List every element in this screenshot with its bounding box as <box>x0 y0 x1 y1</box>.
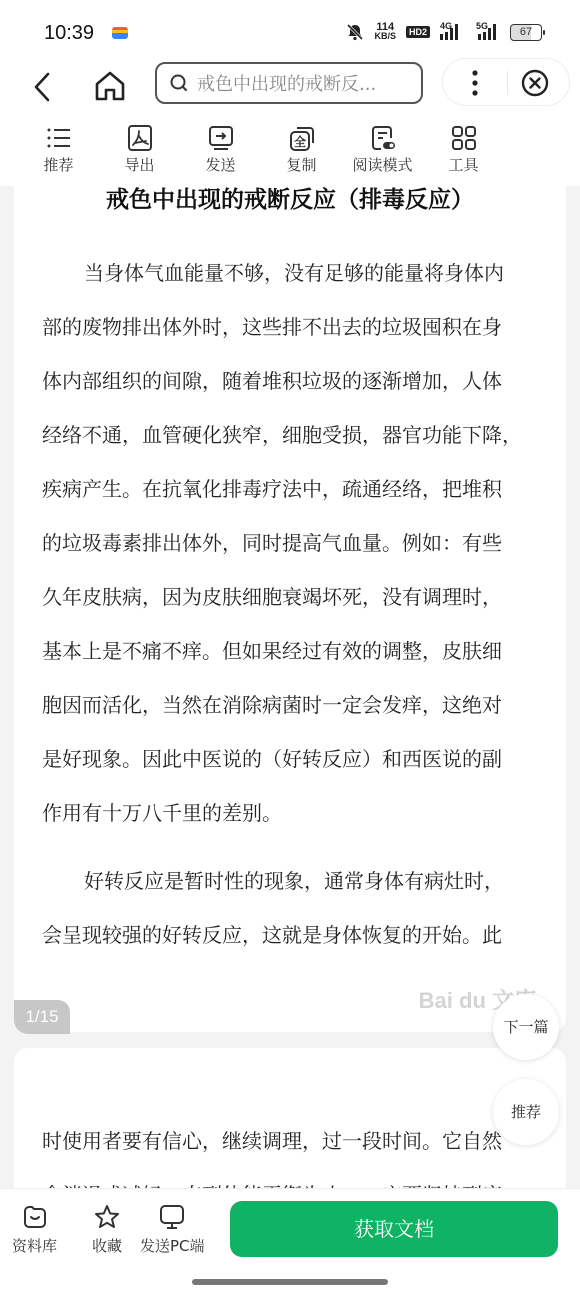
svg-text:全: 全 <box>293 134 305 149</box>
grid-icon <box>450 124 478 152</box>
search-input[interactable]: 戒色中出现的戒断反... <box>155 62 423 104</box>
network-speed: 114KB/S <box>374 23 396 41</box>
search-icon <box>169 73 189 93</box>
monitor-icon <box>158 1203 186 1231</box>
page-indicator: 1/15 <box>14 1000 70 1034</box>
send-to-pc-button[interactable]: 发送PC端 <box>140 1203 205 1256</box>
capsule-divider <box>507 71 508 95</box>
status-bar: 10:39 114KB/S HD2 4G 5G 67 <box>0 0 580 62</box>
tool-export[interactable]: 导出 <box>99 116 180 186</box>
list-icon <box>45 124 73 152</box>
clock: 10:39 <box>44 22 94 45</box>
home-indicator[interactable] <box>192 1279 388 1285</box>
doc-toolbar: 推荐 导出 发送 全 复制 阅读模式 工具 <box>0 116 580 186</box>
reading-mode-icon <box>369 124 397 152</box>
mute-bell-icon <box>346 23 364 41</box>
bottom-action-bar: 资料库 收藏 发送PC端 获取文档 <box>0 1188 580 1297</box>
tool-tools[interactable]: 工具 <box>423 116 504 186</box>
pdf-icon <box>126 124 154 152</box>
document-page-1: 戒色中出现的戒断反应（排毒反应） 当身体气血能量不够，没有足够的能量将身体内 部… <box>14 186 566 1032</box>
document-title: 戒色中出现的戒断反应（排毒反应） <box>14 186 566 214</box>
more-icon[interactable] <box>471 69 479 97</box>
favorite-button[interactable]: 收藏 <box>92 1203 122 1256</box>
tool-copy[interactable]: 全 复制 <box>261 116 342 186</box>
get-document-button[interactable]: 获取文档 <box>230 1201 558 1257</box>
copy-all-icon: 全 <box>288 124 316 152</box>
recommend-float-button[interactable]: 推荐 <box>493 1079 559 1145</box>
next-article-button[interactable]: 下一篇 <box>493 994 559 1060</box>
library-button[interactable]: 资料库 <box>12 1203 57 1256</box>
search-text: 戒色中出现的戒断反... <box>197 70 376 96</box>
hd-badge: HD2 <box>406 26 430 38</box>
library-icon <box>21 1203 49 1231</box>
battery-icon: 67 <box>510 24 542 41</box>
star-icon <box>93 1203 121 1231</box>
tool-reading-mode[interactable]: 阅读模式 <box>342 116 423 186</box>
nav-bar: 戒色中出现的戒断反... <box>0 62 580 116</box>
app-notification-icon <box>112 27 128 39</box>
paragraph-1: 当身体气血能量不够，没有足够的能量将身体内 部的废物排出体外时，这些排不出去的垃… <box>42 246 542 840</box>
tool-send[interactable]: 发送 <box>180 116 261 186</box>
signal-5g-icon: 5G <box>472 24 500 40</box>
tool-recommend[interactable]: 推荐 <box>18 116 99 186</box>
back-icon[interactable] <box>28 68 58 106</box>
close-icon[interactable] <box>521 69 549 97</box>
mini-program-capsule <box>442 58 570 106</box>
paragraph-2: 好转反应是暂时性的现象，通常身体有病灶时， 会呈现较强的好转反应，这就是身体恢复… <box>42 854 542 962</box>
home-icon[interactable] <box>92 67 128 105</box>
send-icon <box>207 124 235 152</box>
signal-4g-icon: 4G <box>440 24 462 40</box>
